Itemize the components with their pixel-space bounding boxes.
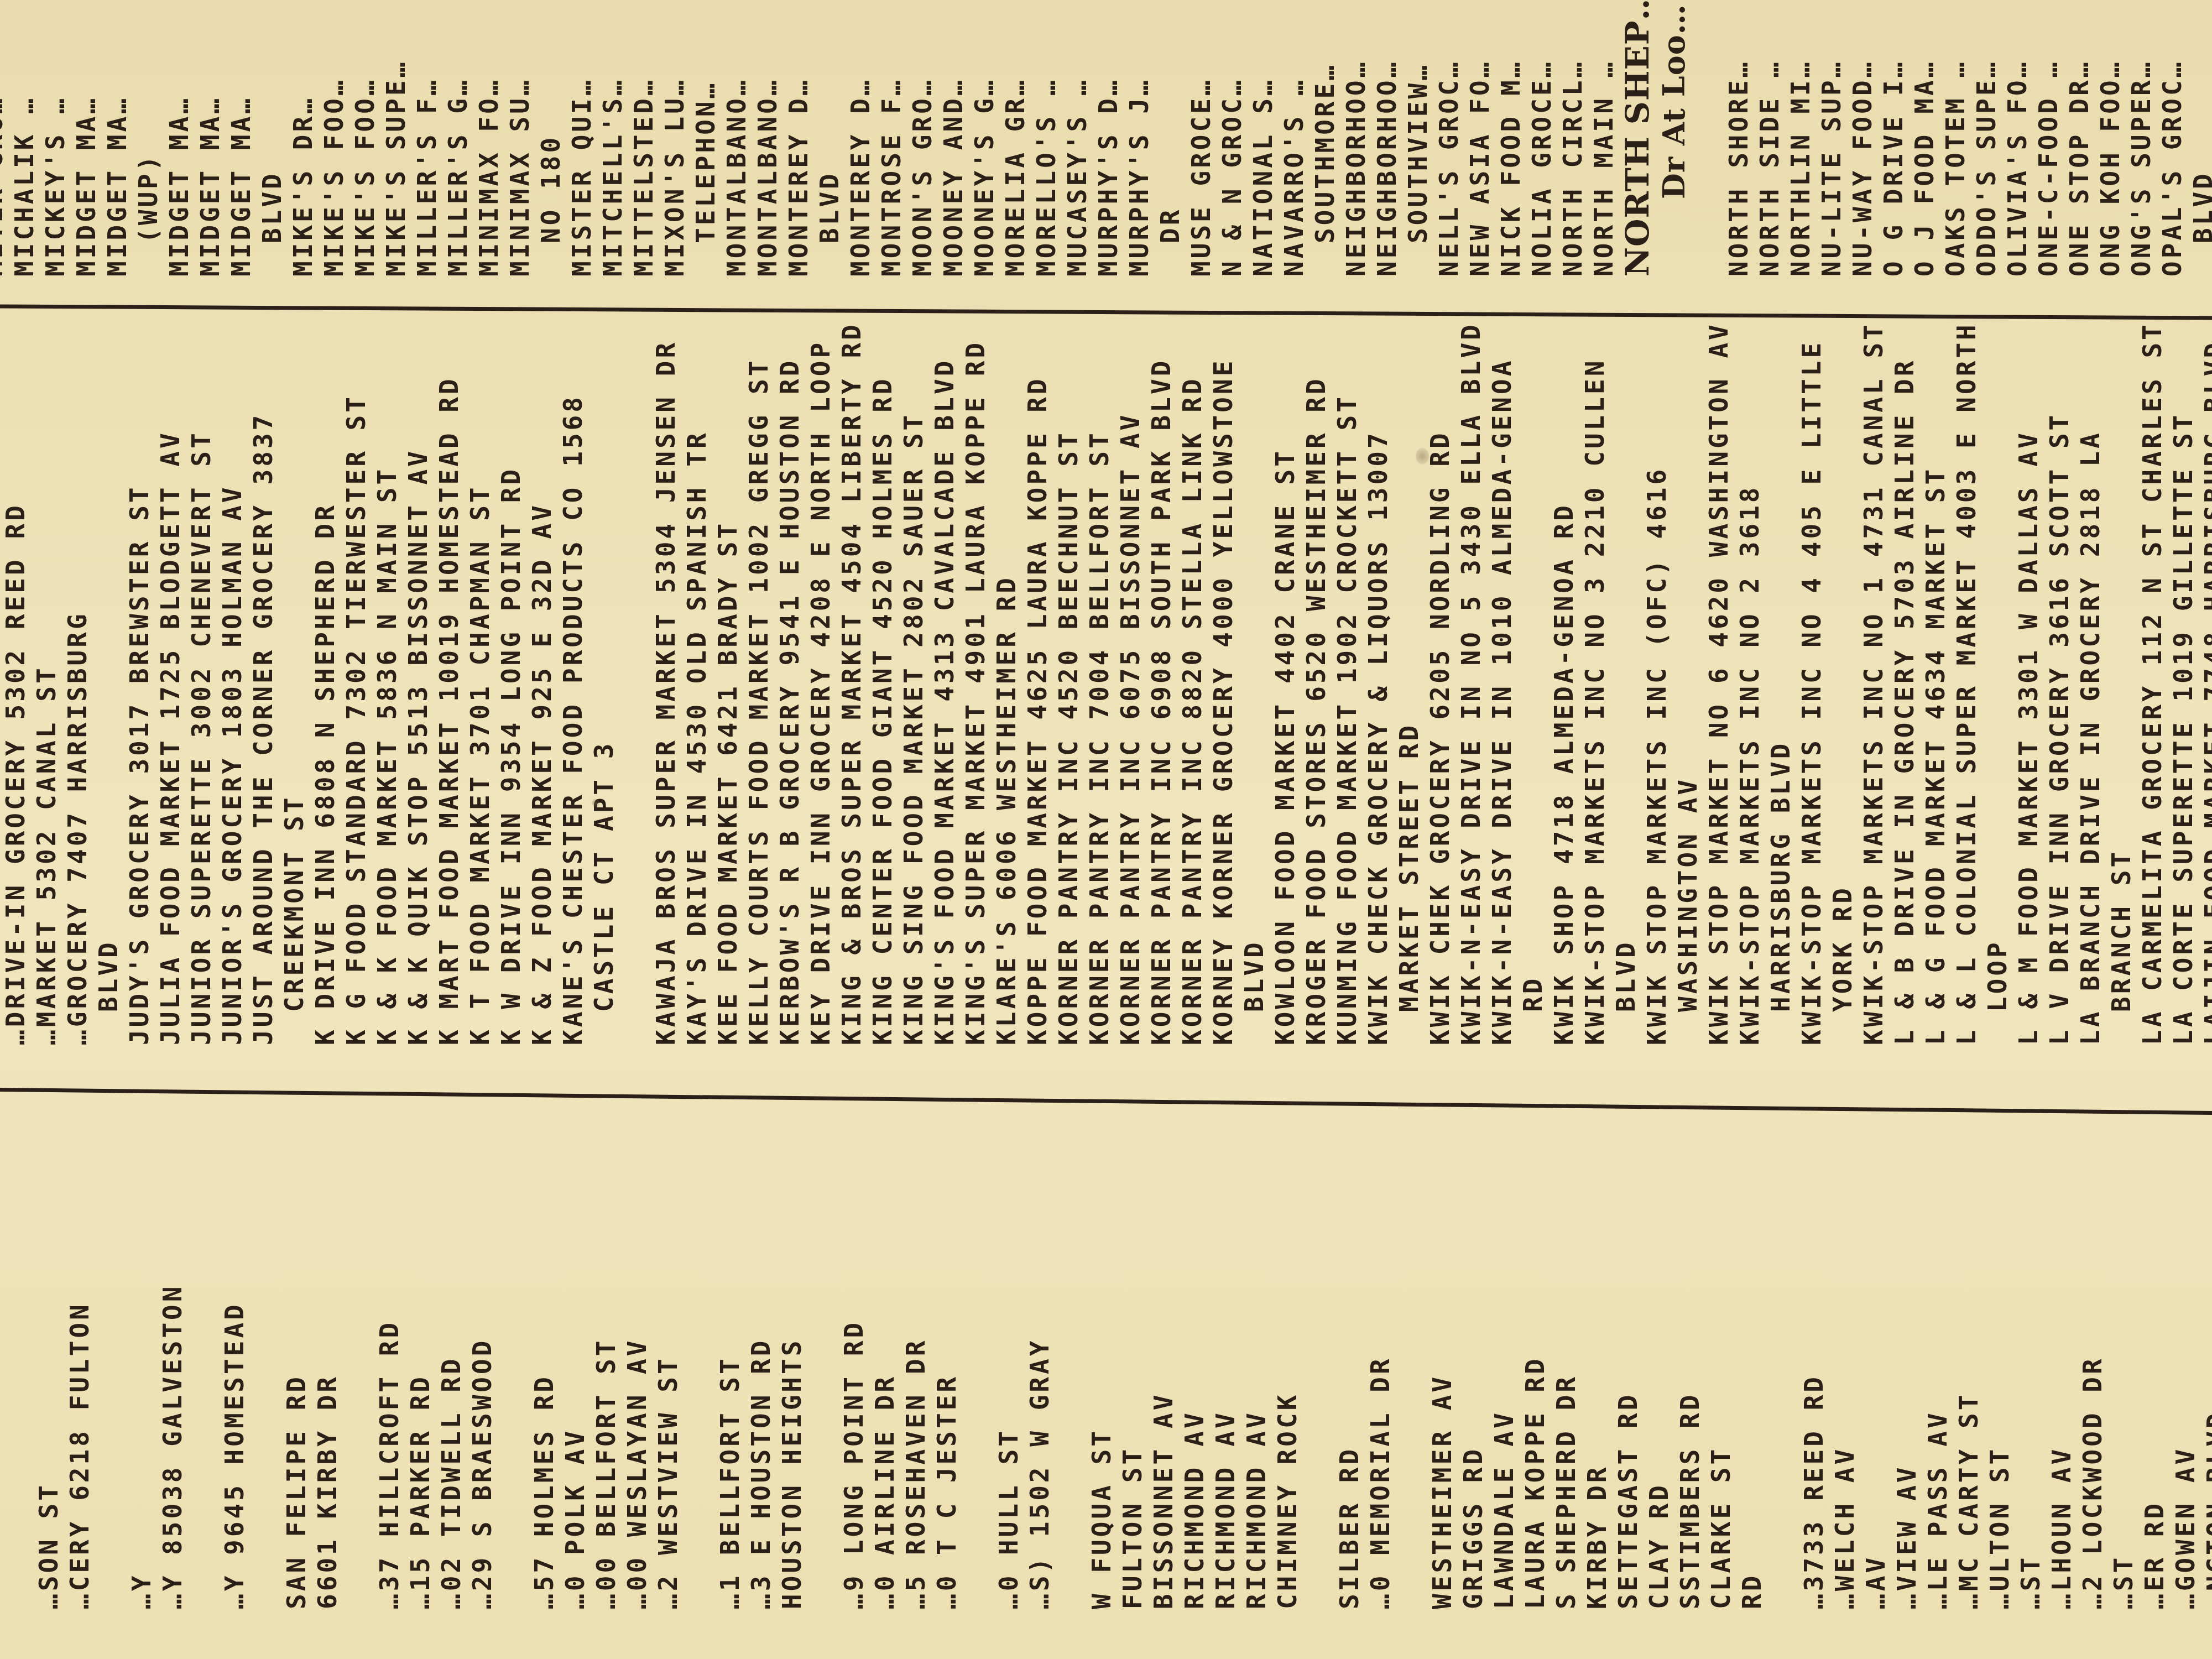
listing-line: NU-WAY FOOD… [1847, 0, 1878, 276]
listing-line: MIKE'S FOO… [349, 0, 380, 276]
listing-lines: MEYER GRO…MICHALIK …MICKEY'S …MIDGET MA…… [0, 0, 2212, 299]
listing-line: (WUP) [133, 0, 164, 276]
listing-line: KWIK STOP MARKETS INC (OFC) 4616 [1641, 315, 1672, 1045]
listing-line: K & K FOOD MARKET 5836 N MAIN ST [372, 315, 403, 1045]
listing-line: …ST [2108, 1106, 2139, 1609]
listing-line: …Y 85038 GALVESTON [157, 1106, 188, 1609]
listing-line: …Y 9645 HOMESTEAD [219, 1106, 250, 1609]
listing-line: K & K QUIK STOP 5513 BISSONNET AV [403, 315, 434, 1045]
listing-line: K MART FOOD MARKET 10019 HOMESTEAD RD [434, 315, 465, 1045]
listing-line: KING SING FOOD MARKET 2802 SAUER ST [898, 315, 929, 1045]
listing-line: CLARKE ST [1705, 1106, 1736, 1609]
listing-line: KWIK CHECK GROCERY & LIQUORS 13007 [1363, 315, 1394, 1045]
listing-line: GRIGGS RD [1458, 1106, 1489, 1609]
listing-line: SETTEGAST RD [1613, 1106, 1644, 1609]
listing-line: NEIGHBORHOO… [1371, 0, 1402, 276]
listing-line: LOOP [1982, 315, 2013, 1045]
listing-line: SOUTHMORE… [1310, 0, 1340, 276]
listing-line: FULTON ST [1117, 1106, 1148, 1609]
listing-line: KWIK-STOP MARKETS INC NO 2 3618 [1734, 315, 1765, 1045]
listing-line: KWIK STOP MARKET NO 6 4620 WASHINGTON AV [1703, 315, 1734, 1045]
listing-line: MINIMAX SU… [504, 0, 535, 276]
listing-line: OAKS TOTEM … [1940, 0, 1971, 276]
blank-line [1767, 1106, 1798, 1609]
column-left: …SON ST…CERY 6218 FULTON…Y…Y 85038 GALVE… [0, 1106, 2212, 1659]
blank-line [619, 315, 650, 1045]
listing-line: KORNER PANTRY INC 6075 BISSONNET AV [1115, 315, 1146, 1045]
listing-line: BLVD [93, 315, 124, 1045]
listing-line: YORK RD [1827, 315, 1858, 1045]
listing-line: …MC CARTY ST [1953, 1106, 1984, 1609]
listing-line: KWIK-STOP MARKETS INC NO 1 4731 CANAL ST [1858, 315, 1889, 1045]
listing-line: SILBER RD [1334, 1106, 1365, 1609]
listing-line: MICHALIK … [9, 0, 40, 276]
listing-line: MONTEREY D… [783, 0, 814, 276]
listing-line: …VIEW AV [1891, 1106, 1922, 1609]
listing-line: KANE'S CHESTER FOOD PRODUCTS CO 1568 [557, 315, 588, 1045]
listing-line: CLAY RD [1644, 1106, 1674, 1609]
listing-line: K T FOOD MARKET 3701 CHAPMAN ST [465, 315, 495, 1045]
listing-line: …3733 REED RD [1798, 1106, 1829, 1609]
listing-line: MIDGET MA… [102, 0, 133, 276]
listing-line: …MARKET 5302 CANAL ST [31, 315, 62, 1045]
listing-line: LAURA KOPPE RD [1520, 1106, 1551, 1609]
listing-line: KLARE'S 6006 WESTHEIMER RD [991, 315, 1022, 1045]
listing-line: KIRBY DR [1582, 1106, 1613, 1609]
listing-line: …3 E HOUSTON RD [745, 1106, 776, 1609]
listing-line: KERBOW'S R B GROCERY 9541 E HOUSTON RD [774, 315, 805, 1045]
listing-line: SAN FELIPE RD [281, 1106, 312, 1609]
listing-line: BLVD [814, 0, 845, 276]
listing-line: …ULTON ST [1984, 1106, 2015, 1609]
blank-line [95, 1106, 126, 1609]
listing-line: …0 POLK AV [560, 1106, 591, 1609]
listing-line: NATIONAL S… [1248, 0, 1279, 276]
listing-line: KORNER PANTRY INC 7004 BELLFORT ST [1084, 315, 1115, 1045]
listing-line: MONTROSE F… [876, 0, 907, 276]
blank-line [250, 1106, 281, 1609]
listing-line: …Y [126, 1106, 157, 1609]
listing-line: KUNMING FOOD MARKET 1902 CROCKETT ST [1332, 315, 1363, 1045]
blank-line [498, 1106, 529, 1609]
listing-line: RD [1517, 315, 1548, 1045]
blank-line [1303, 1106, 1334, 1609]
listing-line: S SHEPHERD DR [1551, 1106, 1582, 1609]
listing-line: MISTER QUI… [566, 0, 597, 276]
directory-page: …SON ST…CERY 6218 FULTON…Y…Y 85038 GALVE… [0, 0, 2212, 1659]
listing-line: MURPHY'S J… [1124, 0, 1155, 276]
listing-line: JUST AROUND THE CORNER GROCERY 3837 [248, 315, 279, 1045]
listing-line: BLVD [1239, 315, 1270, 1045]
listing-line: L & G FOOD MARKET 4634 MARKET ST [1920, 315, 1951, 1045]
listing-line: …37 HILLCROFT RD [374, 1106, 405, 1609]
column-right: MEYER GRO…MICHALIK …MICKEY'S …MIDGET MA…… [0, 0, 2212, 299]
listing-line: RD [1736, 1106, 1767, 1609]
listing-line: …LE PASS AV [1922, 1106, 1953, 1609]
listing-line: KAY'S DRIVE IN 4530 OLD SPANISH TR [681, 315, 712, 1045]
listing-line: KOWLOON FOOD MARKET 4402 CRANE ST [1270, 315, 1301, 1045]
listing-line: …AV [1860, 1106, 1891, 1609]
listing-line: …S) 1502 W GRAY [1024, 1106, 1055, 1609]
listing-line: K W DRIVE INN 9354 LONG POINT RD [495, 315, 526, 1045]
listing-line: …DRIVE-IN GROCERY 5302 REED RD [0, 315, 31, 1045]
listing-line: BISSONNET AV [1148, 1106, 1179, 1609]
listing-line: KWIK SHOP 4718 ALMEDA-GENOA RD [1548, 315, 1579, 1045]
listing-line: K DRIVE INN 6808 N SHEPHERD DR [310, 315, 341, 1045]
listing-line: …02 TIDWELL RD [436, 1106, 467, 1609]
listing-line: DR [1155, 0, 1186, 276]
listing-line: L & M FOOD MARKET 3301 W DALLAS AV [2013, 315, 2044, 1045]
listing-line: MORELLO'S … [1031, 0, 1062, 276]
listing-line: …0 MEMORIAL DR [1365, 1106, 1396, 1609]
section-subheading: Dr At Loo… [1656, 0, 1692, 276]
listing-line: …0 AIRLINE DR [869, 1106, 900, 1609]
listing-lines: …DRIVE-IN GROCERY 5302 REED RD…MARKET 53… [0, 315, 2212, 1089]
listing-line: MUCASEY'S … [1062, 0, 1093, 276]
listing-line: MILLER'S G… [442, 0, 473, 276]
listing-line: KWIK-STOP MARKETS INC NO 3 2210 CULLEN [1579, 315, 1610, 1045]
listing-line: …WELCH AV [1829, 1106, 1860, 1609]
listing-line: NORTH SHORE… [1723, 0, 1754, 276]
listing-line: NAVARRO'S … [1279, 0, 1310, 276]
listing-line: O J FOOD MA… [1909, 0, 1940, 276]
listing-line: KORNER PANTRY INC 4520 BEECHNUT ST [1053, 315, 1084, 1045]
listing-line: L & B DRIVE IN GROCERY 5703 AIRLINE DR [1889, 315, 1920, 1045]
listing-line: KWIK-N-EASY DRIVE IN 1010 ALMEDA-GENOA [1486, 315, 1517, 1045]
listing-line: …GOWEN AV [2170, 1106, 2201, 1609]
listing-line: …9 LONG POINT RD [838, 1106, 869, 1609]
listing-line: …ER RD [2139, 1106, 2170, 1609]
blank-line [807, 1106, 838, 1609]
listing-line: BLVD [2188, 0, 2212, 276]
listing-line: KING'S SUPER MARKET 4901 LAURA KOPPE RD [960, 315, 991, 1045]
listing-line: …CERY 6218 FULTON [64, 1106, 95, 1609]
listing-line: NO 180 [535, 0, 566, 276]
listing-line: …ST [2015, 1106, 2046, 1609]
listing-line: KAWAJA BROS SUPER MARKET 5304 JENSEN DR [650, 315, 681, 1045]
listing-line: MARKET STREET RD [1394, 315, 1425, 1045]
listing-line: KWIK CHEK GROCERY 6205 NORDLING RD [1425, 315, 1455, 1045]
listing-line: K G FOOD STANDARD 7302 TIERWESTER ST [341, 315, 372, 1045]
listing-line: KEE FOOD MARKET 6421 BRADY ST [712, 315, 743, 1045]
listing-line: L V DRIVE INN GROCERY 3616 SCOTT ST [2044, 315, 2075, 1045]
listing-line: BRANCH ST [2106, 315, 2137, 1045]
listing-line: …LHOUN AV [2046, 1106, 2077, 1609]
blank-line [684, 1106, 714, 1609]
listing-line: NORTHLIN MI… [1785, 0, 1816, 276]
listing-line: JUNIOR SUPERETTE 3002 CHENEVERT ST [186, 315, 217, 1045]
listing-line: KING'S FOOD MARKET 4313 CAVALCADE BLVD [929, 315, 960, 1045]
listing-line: WASHINGTON AV [1672, 315, 1703, 1045]
listing-line: O G DRIVE I… [1878, 0, 1909, 276]
listing-line: KORNER PANTRY INC 6908 SOUTH PARK BLVD [1146, 315, 1177, 1045]
listing-line: …2 WESTVIEW ST [653, 1106, 684, 1609]
listing-line: MUSE GROCE… [1186, 0, 1217, 276]
listing-line: MONTEREY D… [845, 0, 876, 276]
listing-line: BLVD [257, 0, 288, 276]
listing-line: K & Z FOOD MARKET 925 E 32D AV [526, 315, 557, 1045]
listing-line: KEY DRIVE INN GROCERY 4208 E NORTH LOOP [805, 315, 836, 1045]
listing-line: JULIA FOOD MARKET 1725 BLODGETT AV [155, 315, 186, 1045]
section-heading: NORTH SHEP… [1619, 0, 1656, 276]
listing-line: …NGTON BLVD [2201, 1106, 2212, 1609]
listing-lines: …SON ST…CERY 6218 FULTON…Y…Y 85038 GALVE… [33, 1106, 2212, 1659]
listing-line: NU-LITE SUP… [1816, 0, 1847, 276]
listing-line: NEW ASIA FO… [1464, 0, 1495, 276]
listing-line: NELL'S GROC… [1433, 0, 1464, 276]
listing-line: L & L COLONIAL SUPER MARKET 4003 E NORTH [1951, 315, 1982, 1045]
listing-line: NORTH CIRCL… [1557, 0, 1588, 276]
listing-line: MORELIA GR… [1000, 0, 1031, 276]
column-middle: …DRIVE-IN GROCERY 5302 REED RD…MARKET 53… [0, 315, 2212, 1089]
listing-line: KING & BROS SUPER MARKET 4504 LIBERTY RD [836, 315, 867, 1045]
listing-line: MIKE'S SUPE… [380, 0, 411, 276]
listing-line: KWIK-STOP MARKETS INC NO 4 405 E LITTLE [1796, 315, 1827, 1045]
listing-line: NORTH MAIN … [1588, 0, 1619, 276]
listing-line: N & N GROC… [1217, 0, 1248, 276]
listing-line: RICHMOND AV [1210, 1106, 1241, 1609]
listing-line: ONE-C-FOOD … [2033, 0, 2064, 276]
listing-line: MOONEY'S G… [969, 0, 1000, 276]
listing-line: NORTH SIDE … [1754, 0, 1785, 276]
listing-line: ONG KOH FOO… [2095, 0, 2126, 276]
listing-line: MONTALBANO… [752, 0, 783, 276]
listing-line: KOPPE FOOD MARKET 4625 LAURA KOPPE RD [1022, 315, 1053, 1045]
listing-line: MIDGET MA… [71, 0, 102, 276]
listing-line: MITCHELL'S… [597, 0, 628, 276]
listing-line: BLVD [1610, 315, 1641, 1045]
listing-line: ONE STOP DR… [2064, 0, 2095, 276]
listing-line: HARRISBURG BLVD [1765, 315, 1796, 1045]
listing-line: LA CORTE SUPERETTE 1019 GILLETTE ST [2168, 315, 2199, 1045]
listing-line: MIXON'S LU… [659, 0, 690, 276]
listing-line: MOON'S GRO… [907, 0, 938, 276]
listing-line: JUNIOR'S GROCERY 1803 HOLMAN AV [217, 315, 248, 1045]
listing-line: MEYER GRO… [0, 0, 9, 276]
listing-line: …29 S BRAESWOOD [467, 1106, 498, 1609]
listing-line: …1 BELLFORT ST [714, 1106, 745, 1609]
listing-line: RICHMOND AV [1179, 1106, 1210, 1609]
listing-line: …5 ROSEHAVEN DR [900, 1106, 931, 1609]
listing-line: LA BRANCH DRIVE IN GROCERY 2818 LA [2075, 315, 2106, 1045]
blank-line [1396, 1106, 1427, 1609]
listing-line: MIKE'S DR… [288, 0, 319, 276]
listing-line: LAWNDALE AV [1489, 1106, 1520, 1609]
listing-line: KROGER FOOD STORES 6520 WESTHEIMER RD [1301, 315, 1332, 1045]
listing-line: MURPHY'S D… [1093, 0, 1124, 276]
listing-line: MIKE'S FOO… [319, 0, 349, 276]
listing-line: …0 T C JESTER [931, 1106, 962, 1609]
listing-line: …57 HOLMES RD [529, 1106, 560, 1609]
listing-line: CREEKMONT ST [279, 315, 310, 1045]
listing-line: OPAL'S GROC… [2157, 0, 2188, 276]
listing-line: WESTHEIMER AV [1427, 1106, 1458, 1609]
listing-line: MILLER'S F… [411, 0, 442, 276]
listing-line: MIDGET MA… [226, 0, 257, 276]
paper-smudge [1416, 448, 1429, 465]
listing-line: MIDGET MA… [164, 0, 195, 276]
listing-line: KORNEY KORNER GROCERY 4000 YELLOWSTONE [1208, 315, 1239, 1045]
listing-line: …15 PARKER RD [405, 1106, 436, 1609]
listing-line: ONG'S SUPER… [2126, 0, 2157, 276]
listing-line: ODDO'S SUPE… [1971, 0, 2002, 276]
blank-line [343, 1106, 374, 1609]
listing-line: …GROCERY 7407 HARRISBURG [62, 315, 93, 1045]
listing-line: TELEPHON… [690, 0, 721, 276]
listing-line: MIDGET MA… [195, 0, 226, 276]
listing-line: MONTALBANO… [721, 0, 752, 276]
listing-line: CHIMNEY ROCK [1272, 1106, 1303, 1609]
listing-line: MITTELSTED… [628, 0, 659, 276]
listing-line: MICKEY'S … [40, 0, 71, 276]
listing-line: …0 HULL ST [993, 1106, 1024, 1609]
listing-line: KWIK-N-EASY DRIVE IN NO 5 3430 ELLA BLVD [1455, 315, 1486, 1045]
listing-line: …00 WESLAYAN AV [622, 1106, 653, 1609]
listing-line: …2 LOCKWOOD DR [2077, 1106, 2108, 1609]
listing-line: NOLIA GROCE… [1526, 0, 1557, 276]
listing-line: NEIGHBORHOO… [1340, 0, 1371, 276]
listing-line: KING CENTER FOOD GIANT 4520 HOLMES RD [867, 315, 898, 1045]
listing-line: JUDY'S GROCERY 3017 BREWSTER ST [124, 315, 155, 1045]
listing-line: KORNER PANTRY INC 8820 STELLA LINK RD [1177, 315, 1208, 1045]
blank-line [962, 1106, 993, 1609]
listing-line: CASTLE CT APT 3 [588, 315, 619, 1045]
listing-line: …SON ST [33, 1106, 64, 1609]
listing-line: MINIMAX FO… [473, 0, 504, 276]
listing-line: SOUTHVIEW… [1402, 0, 1433, 276]
listing-line: KELLY COURTS FOOD MARKET 1002 GREGG ST [743, 315, 774, 1045]
listing-line: LA CARMELITA GROCERY 112 N ST CHARLES ST [2137, 315, 2168, 1045]
listing-line: LAIJIN FOOD MARKET 7748 HARRISBURG BLVD [2199, 315, 2212, 1045]
listing-line: SSTIMBERS RD [1674, 1106, 1705, 1609]
listing-line: RICHMOND AV [1241, 1106, 1272, 1609]
listing-line: OLIVIA'S FO… [2002, 0, 2033, 276]
listing-line: 6601 KIRBY DR [312, 1106, 343, 1609]
listing-line: W FUQUA ST [1086, 1106, 1117, 1609]
blank-line [1055, 1106, 1086, 1609]
listing-line: …00 BELLFORT ST [591, 1106, 622, 1609]
listing-line: NICK FOOD M… [1495, 0, 1526, 276]
blank-line [1692, 0, 1723, 276]
paper-speck [592, 799, 599, 807]
listing-line: HOUSTON HEIGHTS [776, 1106, 807, 1609]
blank-line [188, 1106, 219, 1609]
listing-line: MOONEY AND… [938, 0, 969, 276]
